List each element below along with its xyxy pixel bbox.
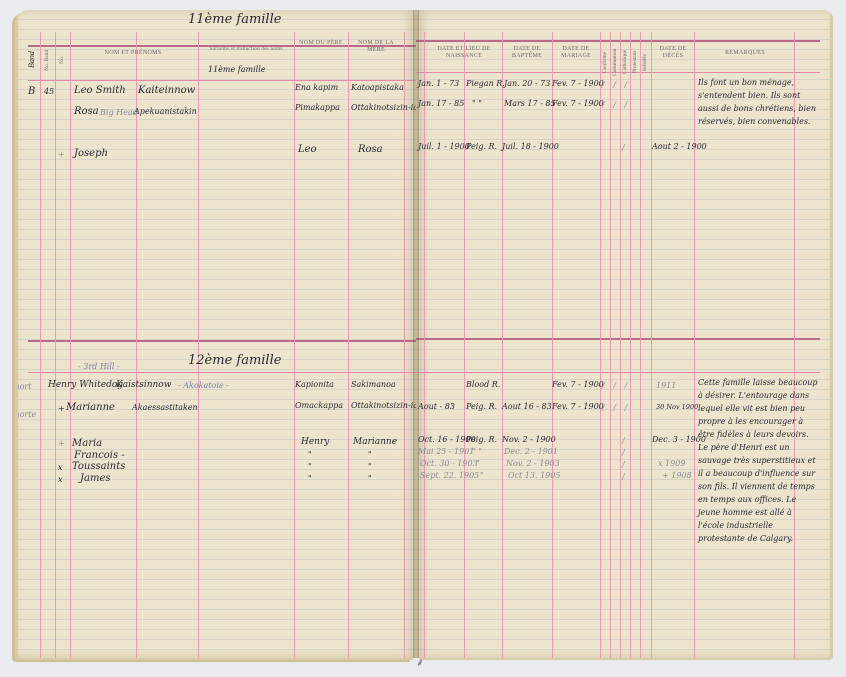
naissance-date: Aout - 83: [418, 402, 455, 411]
bapteme-date: Mars 17 - 85: [504, 99, 556, 108]
deces-date: 1911: [656, 381, 676, 390]
bapteme-date: Aout 16 - 83: [502, 402, 552, 411]
header-surnoms: Surnoms et traduction des noms: [200, 46, 292, 53]
naissance-lieu: Blood R.: [466, 380, 500, 389]
band-number: 45: [44, 87, 54, 96]
naissance-lieu: Peig. R.: [466, 142, 497, 151]
entry-marker: +: [58, 404, 65, 413]
binding-thread-icon: ⸙: [416, 655, 430, 669]
section-divider: [28, 372, 416, 373]
naissance-lieu: " ": [472, 447, 482, 456]
sacrament-marks: / / /: [602, 80, 630, 89]
entry-mere: Ottakinotsizin-ian: [351, 401, 416, 410]
family-title: 12ème famille: [188, 353, 281, 368]
bapteme-date: Nov. 2 - 1903: [506, 459, 560, 468]
naissance-lieu: Piegan R.: [466, 79, 505, 88]
entry-nom: Kaiteinnow: [138, 85, 195, 96]
mariage-date: Fev. 7 - 1900: [552, 402, 604, 411]
entry-pere: Ena kapim: [295, 83, 338, 92]
header-naissance: DATE ET LIEU DE NAISSANCE: [426, 46, 502, 60]
header-nom-mere: NOM DE LA MÈRE: [350, 40, 402, 54]
entry-nom: Apekuanistakin: [134, 107, 197, 116]
naissance-lieu: Peig. R.: [466, 402, 497, 411]
entry-mere: ": [368, 462, 372, 471]
header-mariage: DATE DE MARIAGE: [552, 46, 600, 60]
surnom-note: 11ème famille: [208, 65, 266, 74]
mariage-date: Fev. 7 - 1900: [552, 380, 604, 389]
pencil-note: - 3rd Hill -: [78, 362, 120, 371]
entry-mere: Katoapistaka: [351, 83, 404, 92]
entry-nom: Kaistsinnow: [116, 380, 171, 390]
pencil-note: Big Head: [100, 108, 138, 117]
entry-pere: ": [308, 462, 312, 471]
entry-pere: ": [308, 450, 312, 459]
header-deces: DATE DE DÉCÈS: [652, 46, 694, 60]
sacrament-marks: / / /: [602, 381, 630, 390]
header-confirme: Confirmé: [602, 42, 608, 82]
entry-marker: x: [58, 463, 63, 472]
naissance-lieu: ": [476, 459, 480, 468]
entry-pere: Omackappa: [295, 401, 343, 410]
blue-pencil-note: - Akokatoie -: [178, 381, 229, 390]
entry-prenom: Joseph: [74, 148, 108, 159]
entry-marker: +: [58, 439, 65, 448]
naissance-date: Sept. 22. 1905: [420, 471, 479, 480]
band-letter: B: [28, 86, 35, 97]
sacrament-marks: / / /: [602, 100, 630, 109]
naissance-date: Jan. 1 - 73: [418, 79, 459, 88]
mariage-date: Fev. 7 - 1900: [552, 99, 604, 108]
entry-pere: ": [308, 474, 312, 483]
naissance-date: Oct. 30 - 1903: [420, 459, 478, 468]
entry-prenom: Rosa: [74, 106, 99, 117]
entry-prenom: Maria: [72, 438, 102, 449]
section-divider: [416, 338, 820, 340]
book-gutter: [413, 10, 419, 658]
bapteme-date: Juil. 18 - 1900: [502, 142, 559, 151]
entry-prenom: Leo Smith: [74, 85, 126, 96]
entry-mere: ": [368, 474, 372, 483]
naissance-lieu: Peig. R.: [466, 435, 497, 444]
entry-mere: Ottakinotsizin-ian: [351, 103, 416, 112]
margin-note: mort: [18, 382, 31, 391]
entry-prenom: Francois -: [74, 450, 125, 461]
bapteme-date: Nov. 2 - 1900: [502, 435, 556, 444]
sacrament-marks: /: [622, 460, 625, 469]
entry-pere: Pimakappa: [295, 103, 340, 112]
bapteme-date: Oct 13. 1905: [508, 471, 560, 480]
entry-prenom: James: [80, 473, 111, 484]
header-protestant: Protestant: [632, 42, 638, 82]
sacrament-marks: /: [622, 436, 625, 445]
header-communion: Communion: [612, 42, 618, 82]
header-no: No.: [59, 40, 65, 80]
entry-marker: +: [58, 150, 65, 159]
right-page: DATE ET LIEU DE NAISSANCE DATE DE BAPTÊM…: [416, 10, 830, 658]
mariage-date: Fev. 7 - 1900: [552, 79, 604, 88]
naissance-date: Juil. 1 - 1900: [418, 142, 470, 151]
entry-pere: Kapionita: [295, 380, 334, 389]
remarques-text: Ils font un bon ménage, s'entendent bien…: [698, 76, 818, 128]
header-catholique: Catholique: [622, 42, 628, 82]
open-register-book: 11ème famille Band No. Band No. NOM ET P…: [18, 10, 830, 670]
naissance-lieu: ": [480, 471, 484, 480]
header-band-no: No. Band: [44, 40, 50, 80]
header-nom-prenoms: NOM ET PRÉNOMS: [78, 50, 188, 57]
deces-date: 30 Nov 1900: [656, 403, 698, 411]
entry-prenom: Henry Whitedog: [48, 380, 123, 390]
header-bapteme: DATE DE BAPTÊME: [504, 46, 550, 60]
entry-mere: Marianne: [353, 437, 397, 447]
deces-date: Aout 2 - 1900: [652, 142, 707, 151]
entry-prenom: Marianne: [66, 402, 115, 413]
header-remarques: REMARQUES: [696, 50, 794, 57]
bapteme-date: Jan. 20 - 73: [504, 79, 550, 88]
header-bottom-rule: [416, 72, 820, 73]
header-top-rule: [416, 40, 820, 42]
entry-pere: Leo: [298, 144, 317, 155]
sacrament-marks: /: [622, 448, 625, 457]
sacrament-marks: /: [622, 143, 625, 152]
entry-nom: Akaessastitaken: [132, 403, 198, 412]
entry-prenom: Toussaints: [72, 461, 125, 472]
sacrament-marks: /: [622, 472, 625, 481]
entry-pere: Henry: [301, 437, 329, 447]
naissance-date: Jan. 17 - 85: [418, 99, 464, 108]
section-divider: [28, 340, 416, 342]
deces-date: + 1908: [662, 471, 692, 480]
left-page: 11ème famille Band No. Band No. NOM ET P…: [18, 10, 416, 658]
sacrament-marks: / / /: [602, 403, 630, 412]
naissance-date: Mai 25 - 1901: [418, 447, 474, 456]
bapteme-date: Dec. 2 - 1901: [504, 447, 558, 456]
family-title: 11ème famille: [188, 12, 281, 27]
margin-note: morte: [18, 410, 36, 419]
naissance-lieu: " ": [472, 99, 482, 108]
remarques-text: Cette famille laisse beaucoup à désirer.…: [698, 376, 820, 545]
header-infidele: Infidèle: [642, 42, 648, 82]
entry-marker: x: [58, 475, 63, 484]
entry-mere: ": [368, 450, 372, 459]
entry-mere: Sakimanoa: [351, 380, 396, 389]
entry-mere: Rosa: [358, 144, 383, 155]
section-divider: [416, 372, 820, 373]
deces-date: x 1909: [658, 459, 685, 468]
header-bottom-rule: [28, 80, 416, 81]
header-nom-pere: NOM DU PÈRE: [296, 40, 346, 47]
header-band: Band: [27, 40, 36, 80]
